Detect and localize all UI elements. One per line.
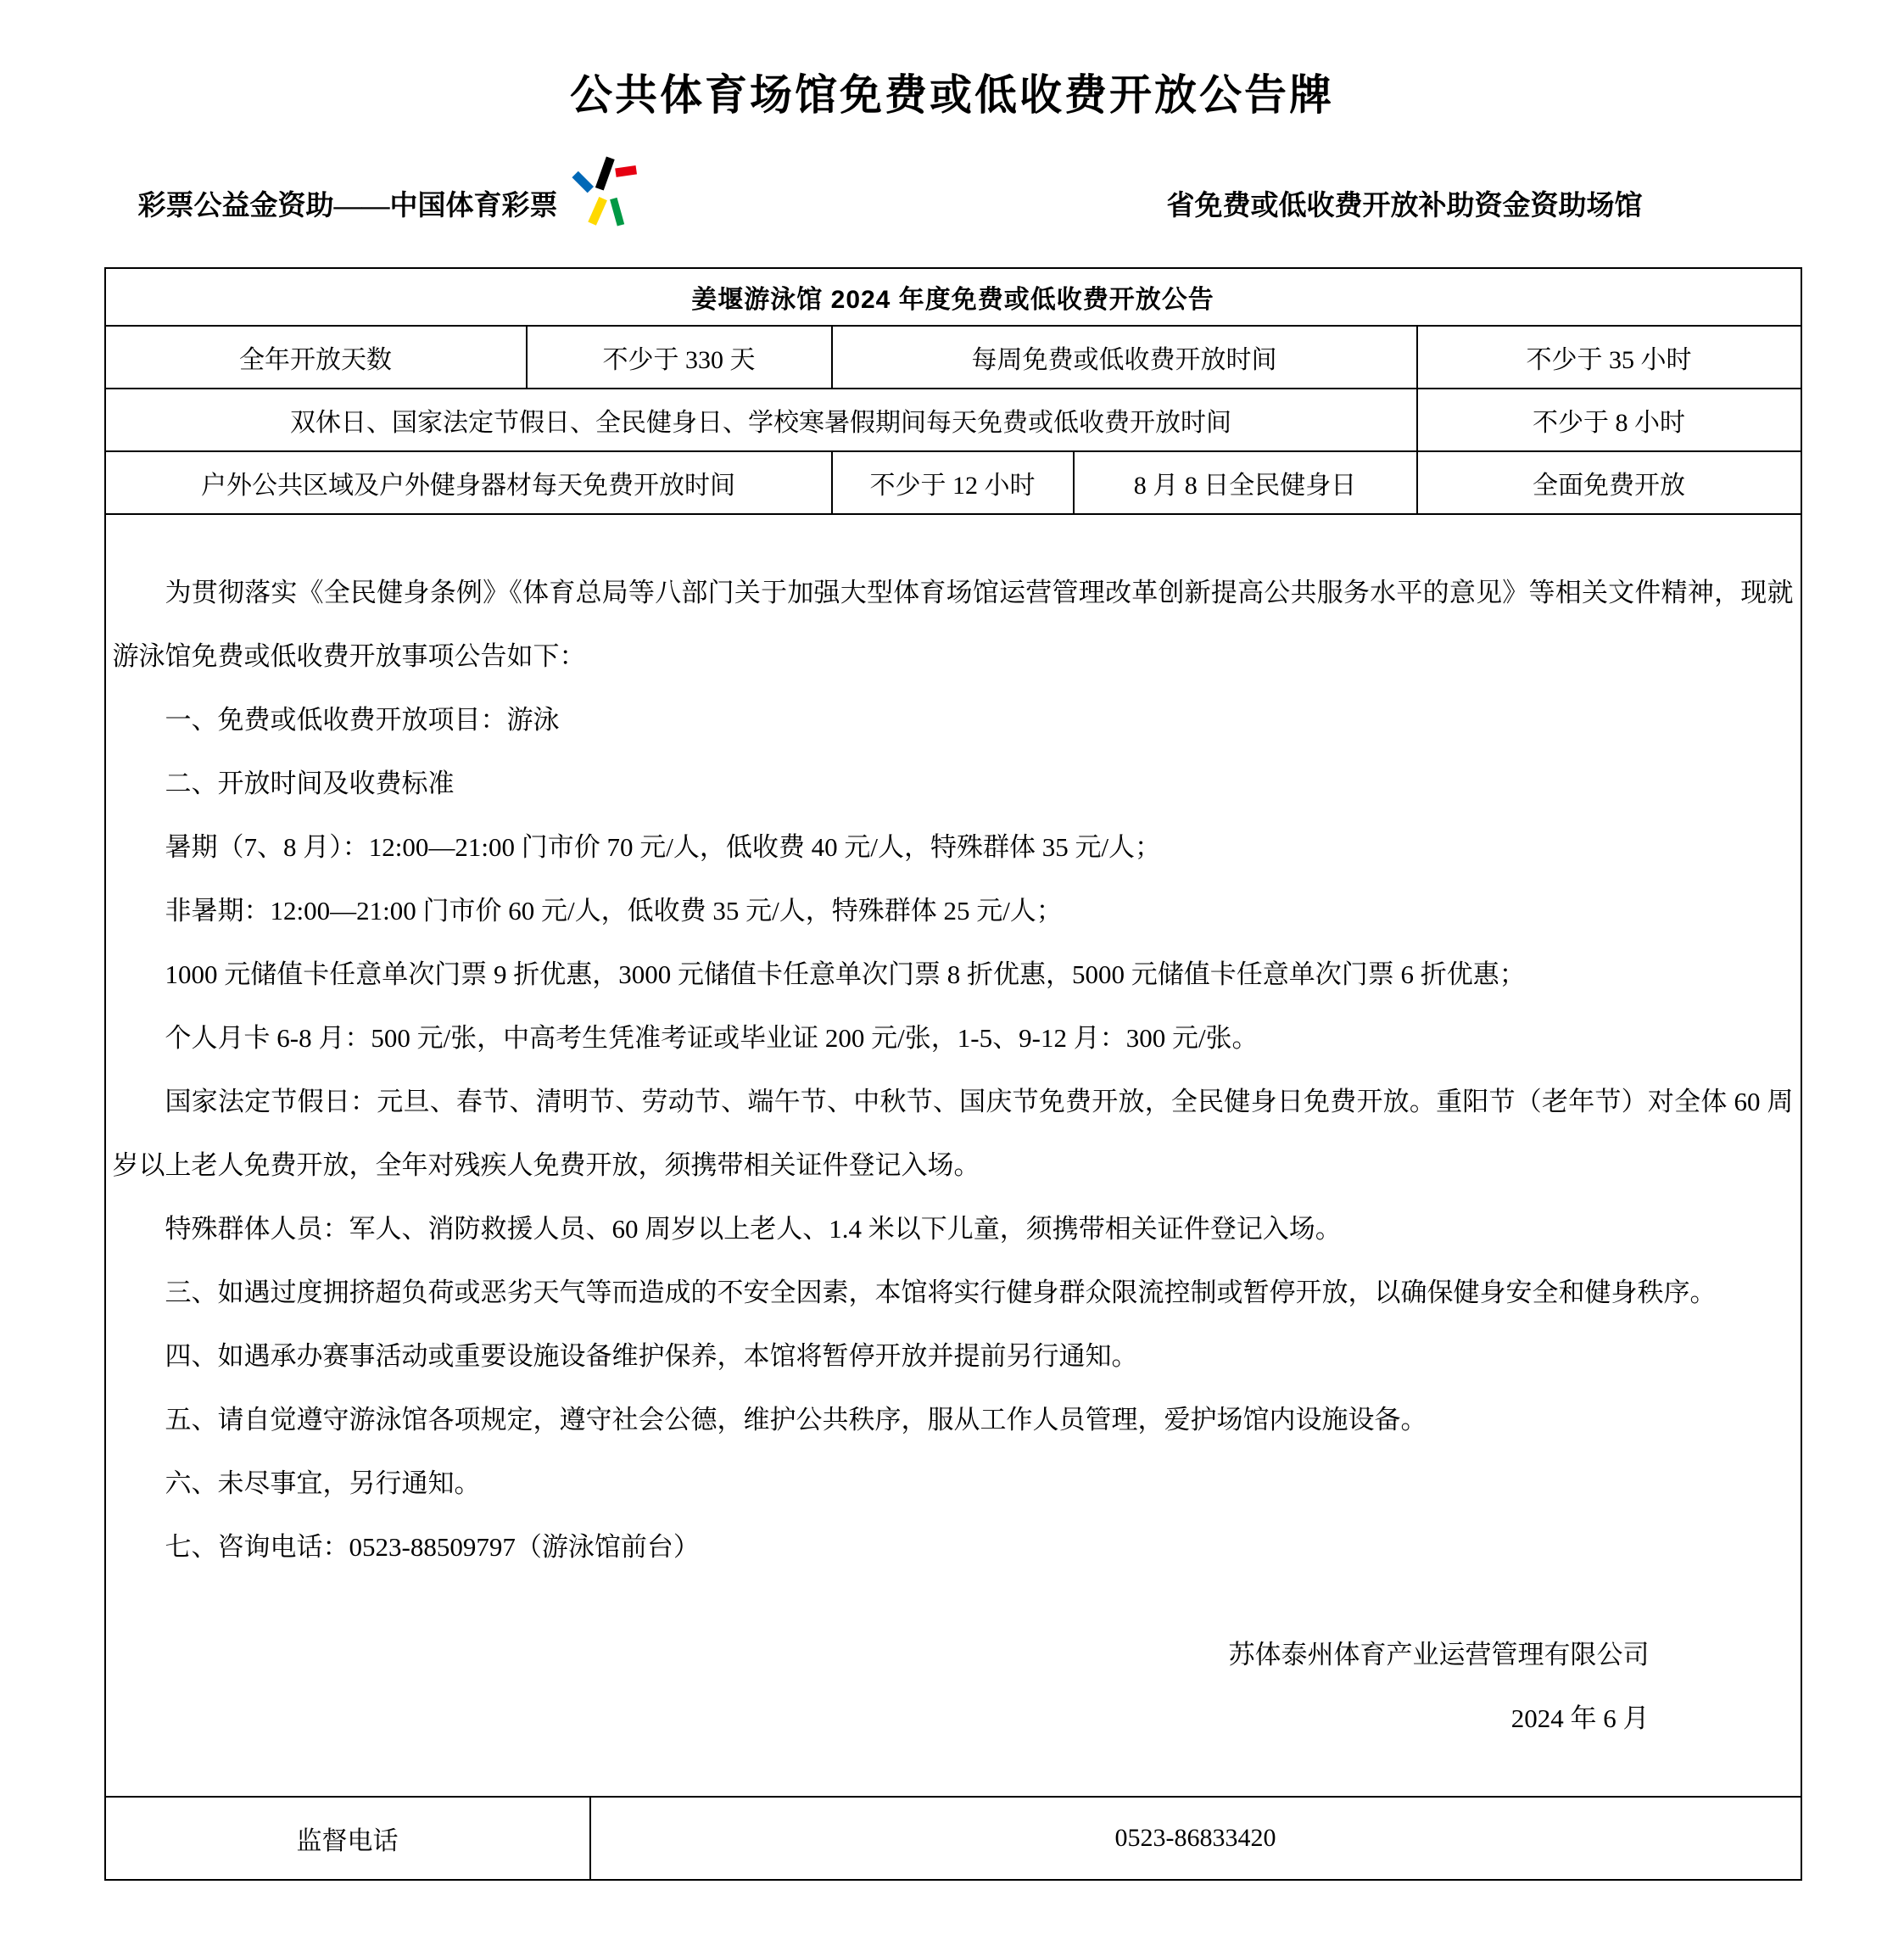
body-paragraph: 七、咨询电话：0523-88509797（游泳馆前台） xyxy=(113,1515,1794,1579)
weekly-open-hours-label: 每周免费或低收费开放时间 xyxy=(832,326,1417,389)
table-title: 姜堰游泳馆 2024 年度免费或低收费开放公告 xyxy=(105,268,1801,326)
company-name: 苏体泰州体育产业运营管理有限公司 xyxy=(113,1623,1650,1686)
weekly-open-hours-value: 不少于 35 小时 xyxy=(1417,326,1801,389)
funding-credit-left: 彩票公益金资助——中国体育彩票 xyxy=(138,156,638,250)
body-paragraph: 一、免费或低收费开放项目：游泳 xyxy=(113,688,1794,752)
body-paragraph: 三、如遇过度拥挤超负荷或恶劣天气等而造成的不安全因素，本馆将实行健身群众限流控制… xyxy=(113,1261,1794,1324)
table-body-row: 为贯彻落实《全民健身条例》《体育总局等八部门关于加强大型体育场馆运营管理改革创新… xyxy=(105,514,1801,1797)
annual-open-days-label: 全年开放天数 xyxy=(105,326,527,389)
lottery-funding-label: 彩票公益金资助——中国体育彩票 xyxy=(138,183,558,223)
holiday-open-hours-label: 双休日、国家法定节假日、全民健身日、学校寒暑假期间每天免费或低收费开放时间 xyxy=(105,389,1417,451)
body-paragraph: 二、开放时间及收费标准 xyxy=(113,752,1794,815)
page-container: 公共体育场馆免费或低收费开放公告牌 彩票公益金资助——中国体育彩票 省免费或低收… xyxy=(104,0,1801,1881)
subtitle-row: 彩票公益金资助——中国体育彩票 省免费或低收费开放补助资金资助场馆 xyxy=(104,156,1801,250)
table-footer-row: 监督电话 0523-86833420 xyxy=(105,1797,1801,1880)
body-paragraph: 特殊群体人员：军人、消防救援人员、60 周岁以上老人、1.4 米以下儿童，须携带… xyxy=(113,1197,1794,1261)
notice-body-text: 为贯彻落实《全民健身条例》《体育总局等八部门关于加强大型体育场馆运营管理改革创新… xyxy=(113,561,1794,1579)
body-paragraph: 五、请自觉遵守游泳馆各项规定，遵守社会公德，维护公共秩序，服从工作人员管理，爱护… xyxy=(113,1388,1794,1451)
supervision-phone-value: 0523-86833420 xyxy=(590,1797,1801,1880)
outdoor-open-hours-value: 不少于 12 小时 xyxy=(832,451,1074,514)
issue-date: 2024 年 6 月 xyxy=(113,1686,1650,1750)
supervision-phone-label: 监督电话 xyxy=(105,1797,590,1880)
table-row: 户外公共区域及户外健身器材每天免费开放时间 不少于 12 小时 8 月 8 日全… xyxy=(105,451,1801,514)
holiday-open-hours-value: 不少于 8 小时 xyxy=(1417,389,1801,451)
table-row: 全年开放天数 不少于 330 天 每周免费或低收费开放时间 不少于 35 小时 xyxy=(105,326,1801,389)
signature-block: 苏体泰州体育产业运营管理有限公司 2024 年 6 月 xyxy=(113,1623,1794,1750)
notice-table: 姜堰游泳馆 2024 年度免费或低收费开放公告 全年开放天数 不少于 330 天… xyxy=(104,267,1802,1881)
funding-credit-right: 省免费或低收费开放补助资金资助场馆 xyxy=(1167,183,1643,223)
body-paragraph: 暑期（7、8 月）：12:00—21:00 门市价 70 元/人，低收费 40 … xyxy=(113,815,1794,879)
body-paragraph: 六、未尽事宜，另行通知。 xyxy=(113,1451,1794,1515)
body-paragraph: 非暑期：12:00—21:00 门市价 60 元/人，低收费 35 元/人，特殊… xyxy=(113,879,1794,942)
body-paragraph: 国家法定节假日：元旦、春节、清明节、劳动节、端午节、中秋节、国庆节免费开放，全民… xyxy=(113,1070,1794,1197)
document-title: 公共体育场馆免费或低收费开放公告牌 xyxy=(104,0,1801,122)
body-paragraph: 四、如遇承办赛事活动或重要设施设备维护保养，本馆将暂停开放并提前另行通知。 xyxy=(113,1324,1794,1388)
fitness-day-value: 全面免费开放 xyxy=(1417,451,1801,514)
annual-open-days-value: 不少于 330 天 xyxy=(527,326,832,389)
outdoor-open-hours-label: 户外公共区域及户外健身器材每天免费开放时间 xyxy=(105,451,832,514)
china-sports-lottery-logo-icon xyxy=(570,156,638,238)
body-paragraph: 为贯彻落实《全民健身条例》《体育总局等八部门关于加强大型体育场馆运营管理改革创新… xyxy=(113,561,1794,688)
body-paragraph: 1000 元储值卡任意单次门票 9 折优惠，3000 元储值卡任意单次门票 8 … xyxy=(113,942,1794,1006)
table-title-row: 姜堰游泳馆 2024 年度免费或低收费开放公告 xyxy=(105,268,1801,326)
notice-body-cell: 为贯彻落实《全民健身条例》《体育总局等八部门关于加强大型体育场馆运营管理改革创新… xyxy=(105,514,1801,1797)
fitness-day-label: 8 月 8 日全民健身日 xyxy=(1074,451,1417,514)
table-row: 双休日、国家法定节假日、全民健身日、学校寒暑假期间每天免费或低收费开放时间 不少… xyxy=(105,389,1801,451)
body-paragraph: 个人月卡 6-8 月：500 元/张，中高考生凭准考证或毕业证 200 元/张，… xyxy=(113,1006,1794,1070)
